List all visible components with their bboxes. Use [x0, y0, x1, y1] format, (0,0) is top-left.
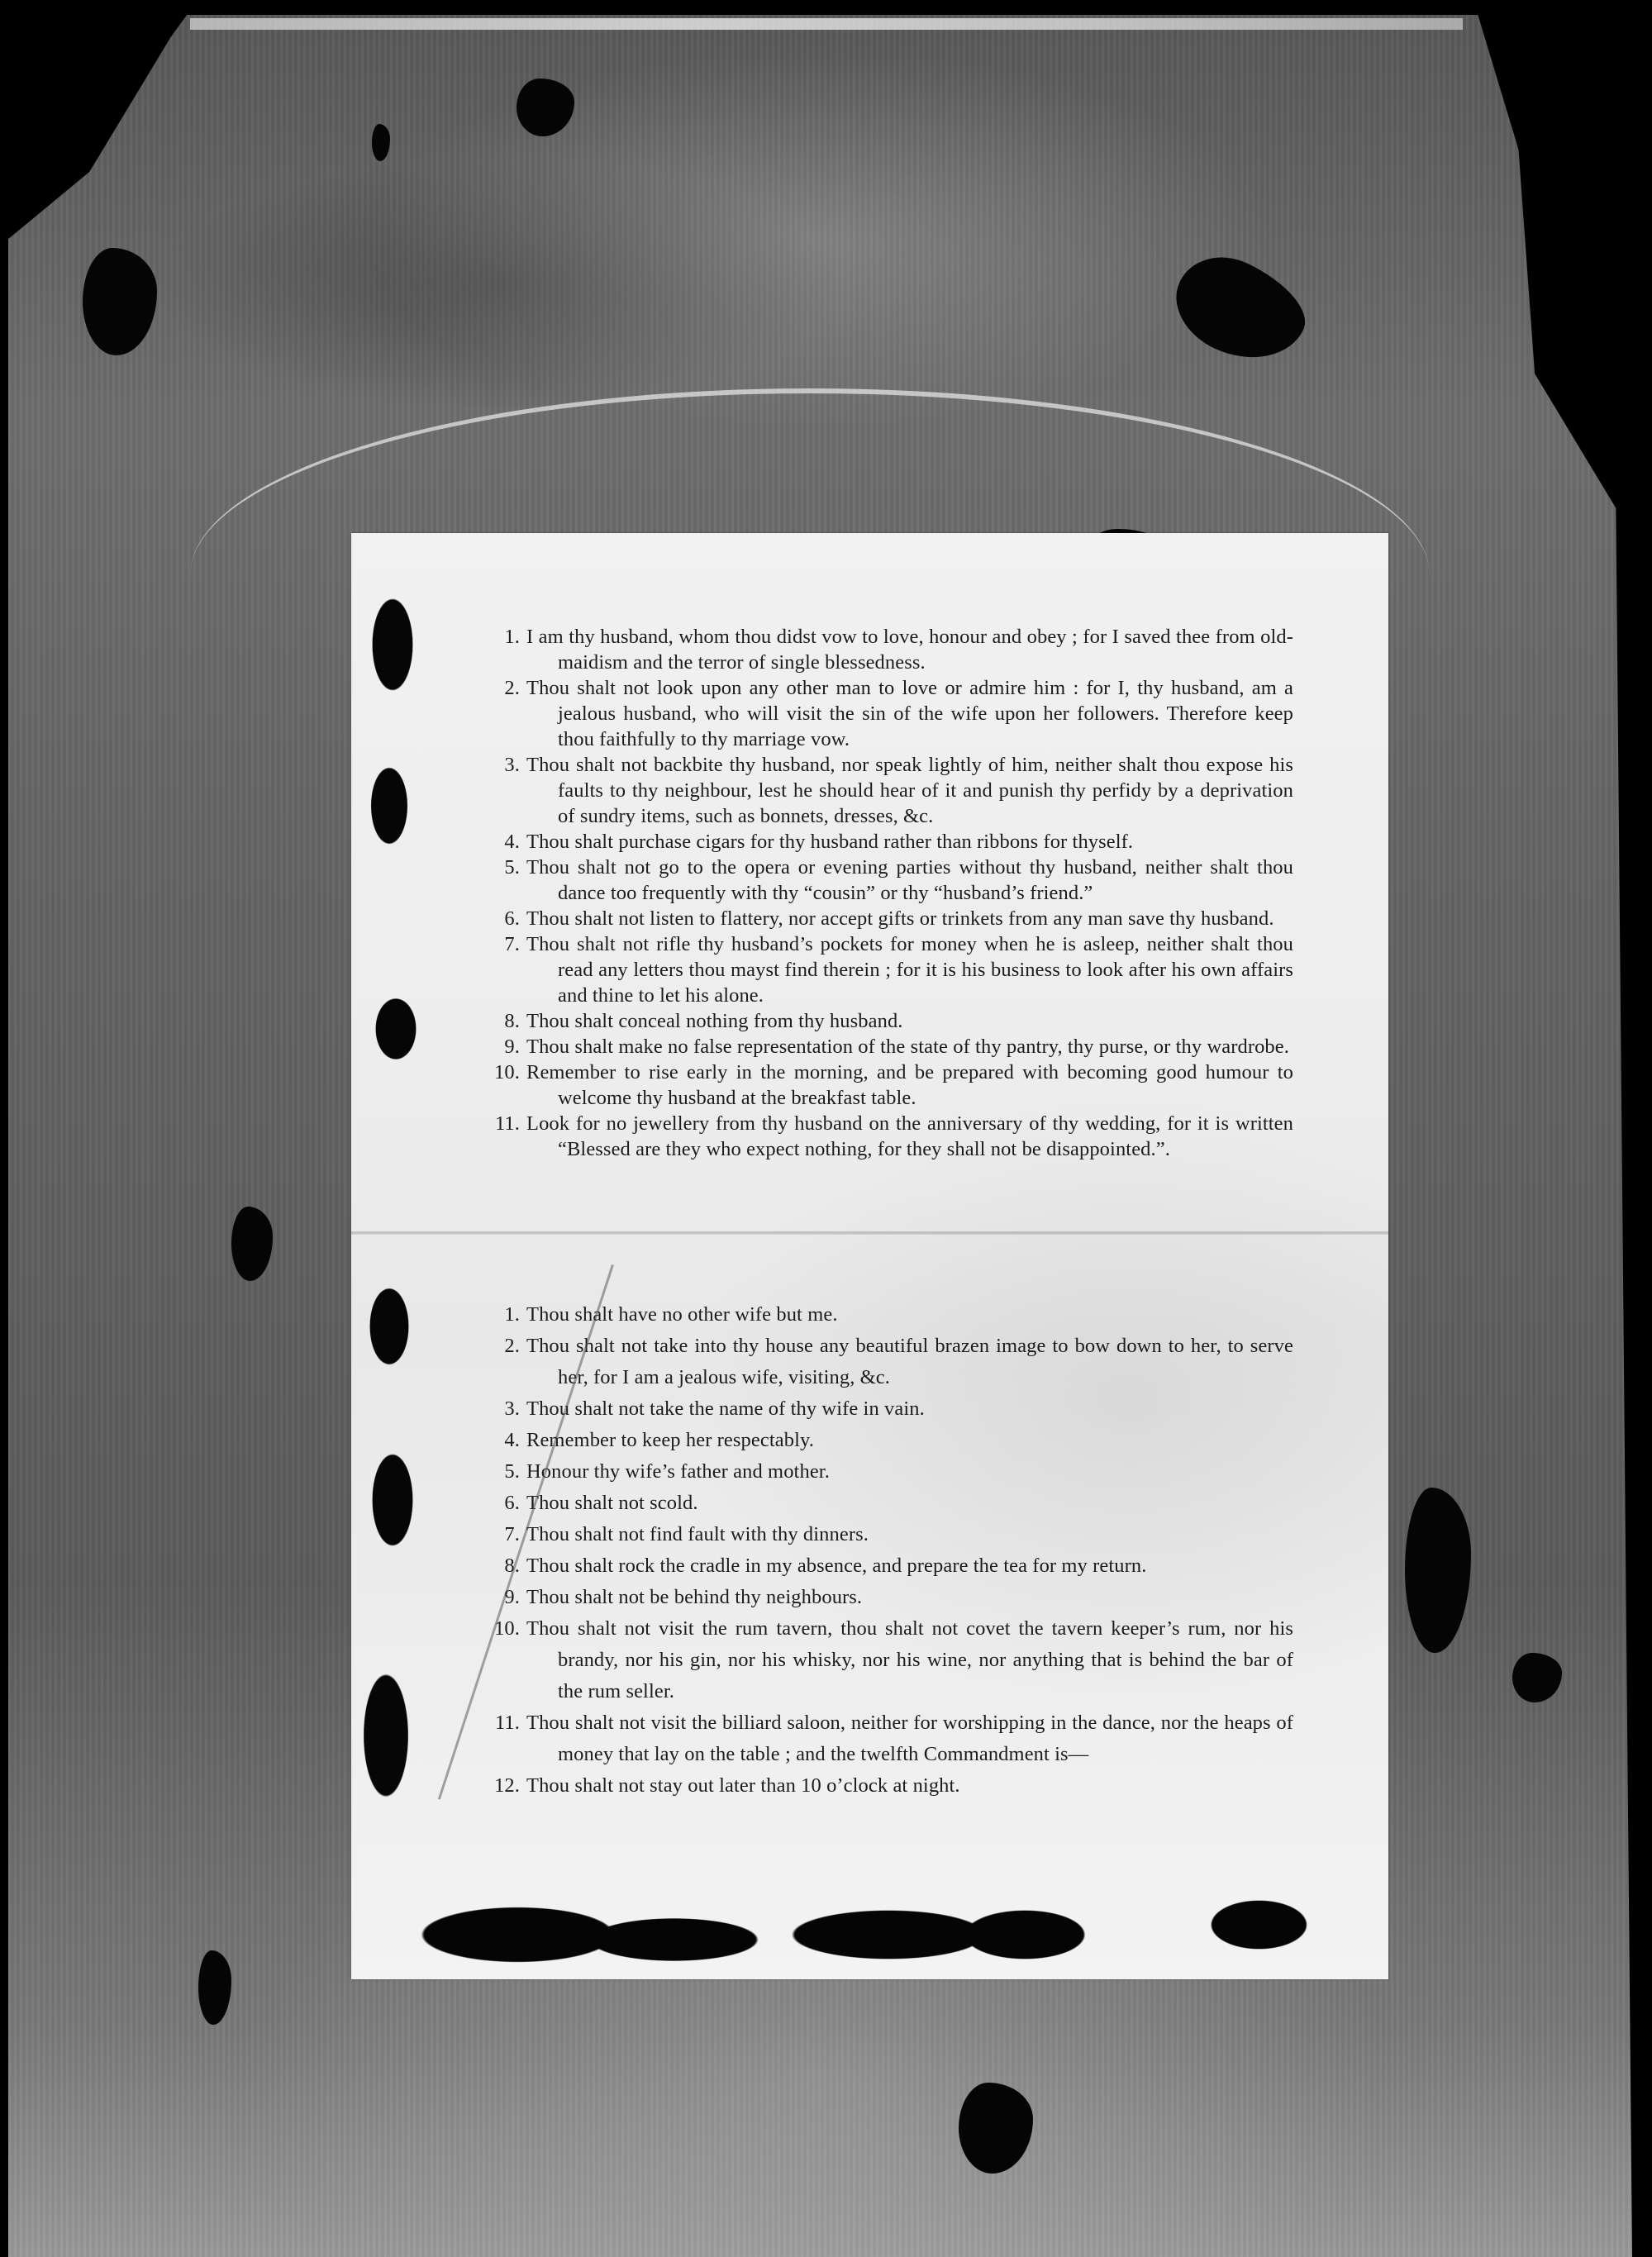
commandment-number: 1. [483, 624, 526, 650]
commandment-item: 11. Thou shalt not visit the billiard sa… [483, 1707, 1293, 1770]
commandment-item: 1. I am thy husband, whom thou didst vow… [483, 624, 1293, 675]
commandment-text: I am thy husband, whom thou didst vow to… [526, 624, 1293, 675]
commandment-item: 9. Thou shalt make no false representati… [483, 1034, 1293, 1059]
commandment-text: Remember to rise early in the morning, a… [526, 1059, 1293, 1111]
commandment-item: 8. Thou shalt rock the cradle in my abse… [483, 1550, 1293, 1582]
commandment-number: 8. [483, 1550, 526, 1582]
commandment-number: 5. [483, 855, 526, 880]
commandment-number: 1. [483, 1299, 526, 1331]
commandment-item: 1. Thou shalt have no other wife but me. [483, 1299, 1293, 1331]
paper-bottom-damage [401, 1880, 1376, 1979]
commandment-item: 6. Thou shalt not scold. [483, 1488, 1293, 1519]
paper-left-damage [359, 583, 426, 1822]
commandment-text: Thou shalt not listen to flattery, nor a… [526, 906, 1293, 931]
commandment-item: 4. Remember to keep her respectably. [483, 1425, 1293, 1456]
commandment-item: 9. Thou shalt not be behind thy neighbou… [483, 1582, 1293, 1613]
commandment-item: 8. Thou shalt conceal nothing from thy h… [483, 1008, 1293, 1034]
commandment-text: Thou shalt not be behind thy neighbours. [526, 1582, 1293, 1613]
commandment-text: Thou shalt not visit the billiard saloon… [526, 1707, 1293, 1770]
commandment-item: 6. Thou shalt not listen to flattery, no… [483, 906, 1293, 931]
commandment-text: Thou shalt not rifle thy husband’s pocke… [526, 931, 1293, 1008]
commandment-item: 2. Thou shalt not look upon any other ma… [483, 675, 1293, 752]
commandment-number: 4. [483, 1425, 526, 1456]
commandment-item: 10. Remember to rise early in the mornin… [483, 1059, 1293, 1111]
commandment-item: 2. Thou shalt not take into thy house an… [483, 1331, 1293, 1393]
commandment-number: 2. [483, 1331, 526, 1362]
commandment-text: Thou shalt not backbite thy husband, nor… [526, 752, 1293, 829]
wife-commandments-list: 1. Thou shalt have no other wife but me.… [483, 1299, 1293, 1802]
commandment-number: 6. [483, 1488, 526, 1519]
commandment-text: Thou shalt conceal nothing from thy husb… [526, 1008, 1293, 1034]
commandment-number: 11. [483, 1111, 526, 1136]
commandment-number: 10. [483, 1059, 526, 1085]
commandment-item: 7. Thou shalt not find fault with thy di… [483, 1519, 1293, 1550]
commandment-item: 12. Thou shalt not stay out later than 1… [483, 1770, 1293, 1802]
commandment-text: Thou shalt purchase cigars for thy husba… [526, 829, 1293, 855]
commandment-item: 3. Thou shalt not backbite thy husband, … [483, 752, 1293, 829]
commandment-text: Thou shalt not take the name of thy wife… [526, 1393, 1293, 1425]
commandment-text: Thou shalt not scold. [526, 1488, 1293, 1519]
commandment-text: Thou shalt not look upon any other man t… [526, 675, 1293, 752]
commandment-text: Honour thy wife’s father and mother. [526, 1456, 1293, 1488]
commandment-text: Look for no jewellery from thy husband o… [526, 1111, 1293, 1162]
commandment-number: 4. [483, 829, 526, 855]
commandment-number: 3. [483, 752, 526, 778]
commandment-item: 5. Honour thy wife’s father and mother. [483, 1456, 1293, 1488]
commandment-item: 11. Look for no jewellery from thy husba… [483, 1111, 1293, 1162]
commandment-text: Thou shalt not stay out later than 10 o’… [526, 1770, 1293, 1802]
commandment-text: Thou shalt not take into thy house any b… [526, 1331, 1293, 1393]
commandment-number: 3. [483, 1393, 526, 1425]
commandment-number: 8. [483, 1008, 526, 1034]
commandment-item: 5. Thou shalt not go to the opera or eve… [483, 855, 1293, 906]
commandment-number: 2. [483, 675, 526, 701]
commandment-item: 7. Thou shalt not rifle thy husband’s po… [483, 931, 1293, 1008]
commandment-item: 4. Thou shalt purchase cigars for thy hu… [483, 829, 1293, 855]
commandment-number: 12. [483, 1770, 526, 1802]
commandment-text: Thou shalt rock the cradle in my absence… [526, 1550, 1293, 1582]
commandment-text: Thou shalt make no false representation … [526, 1034, 1293, 1059]
commandment-text: Thou shalt not find fault with thy dinne… [526, 1519, 1293, 1550]
plate-top-edge [190, 18, 1463, 30]
commandment-text: Thou shalt not visit the rum tavern, tho… [526, 1613, 1293, 1707]
commandment-item: 3. Thou shalt not take the name of thy w… [483, 1393, 1293, 1425]
commandment-item: 10. Thou shalt not visit the rum tavern,… [483, 1613, 1293, 1707]
commandment-text: Remember to keep her respectably. [526, 1425, 1293, 1456]
commandment-number: 9. [483, 1034, 526, 1059]
commandment-number: 6. [483, 906, 526, 931]
husband-commandments-list: 1. I am thy husband, whom thou didst vow… [483, 624, 1293, 1162]
commandment-number: 5. [483, 1456, 526, 1488]
commandment-text: Thou shalt have no other wife but me. [526, 1299, 1293, 1331]
commandments-sheet: 1. I am thy husband, whom thou didst vow… [351, 533, 1388, 1979]
commandment-text: Thou shalt not go to the opera or evenin… [526, 855, 1293, 906]
commandment-number: 7. [483, 931, 526, 957]
commandment-number: 11. [483, 1707, 526, 1739]
